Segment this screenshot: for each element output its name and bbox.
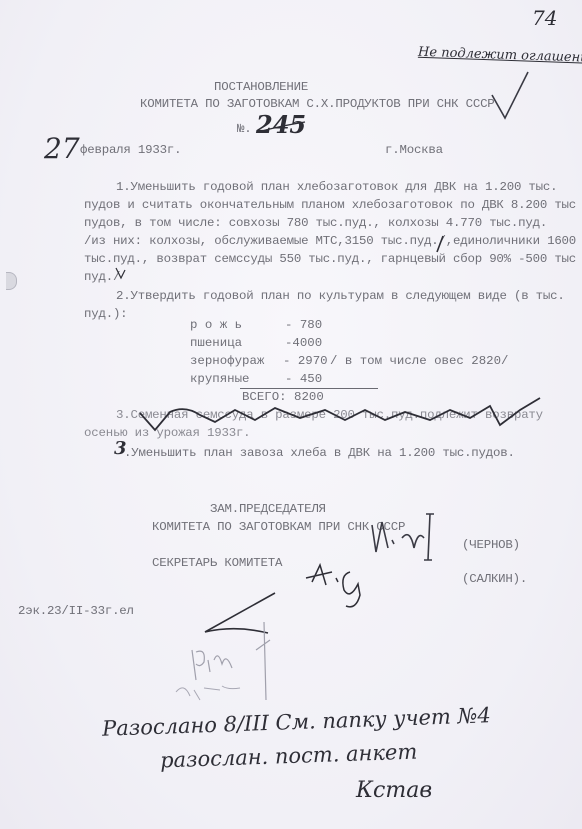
item1-line: 1.Уменьшить годовой план хлебозаготовок … [116,180,557,194]
number-prefix: №. [237,122,251,136]
item1-line: /из них: колхозы, обслуживаемые МТС,3150… [84,234,576,248]
distribution-note: Разослано 8/III См. папку учет №4 [102,703,491,741]
faint-signature [192,622,270,700]
deputy-title: ЗАМ.ПРЕДСЕДАТЕЛЯ [210,502,326,516]
committee-name: КОМИТЕТА ПО ЗАГОТОВКАМ С.Х.ПРОДУКТОВ ПРИ… [140,97,495,111]
culture-value: - 450 [285,372,322,386]
item1-line: пудов и считать окончательным планом хле… [84,198,576,212]
culture-value: - 780 [285,318,322,332]
item1-line: пудов, в том числе: совхозы 780 тыс.пуд.… [84,216,547,230]
total-rule [240,388,378,389]
item1-line: тыс.пуд., возврат семссуды 550 тыс.пуд.,… [84,252,576,266]
date-month-year: февраля 1933г. [80,143,181,157]
item1-line: пуд./ [84,270,120,284]
typist-mark: 2эк.23/II-33г.ел [18,604,134,618]
secretary-name: (САЛКИН). [462,572,527,586]
struck-item-line: 3.Семенная семссуда в размере 200 тыс.пу… [116,408,543,422]
item2-line: 2.Утвердить годовой план по культурам в … [116,289,565,303]
document-page: 74 Не подлежит оглашению. ПОСТАНОВЛЕНИЕ … [0,0,582,829]
punch-hole [6,272,17,290]
deputy-committee: КОМИТЕТА ПО ЗАГОТОВКАМ ПРИ СНК СССР [152,520,405,534]
deputy-name: (ЧЕРНОВ) [462,538,520,552]
sheet-number: 74 [532,6,557,30]
date-day: 27 [44,132,80,165]
culture-name: р о ж ь [190,318,242,332]
secretary-title: СЕКРЕТАРЬ КОМИТЕТА [152,556,282,570]
clerk-signature: Кстав [356,778,432,803]
culture-name: крупяные [190,372,250,386]
place: г.Москва [385,143,443,157]
distribution-note-2: разослан. пост. анкет [160,740,418,773]
culture-value: - 2970 [283,354,328,368]
document-title: ПОСТАНОВЛЕНИЕ [214,80,308,94]
item2-line: пуд.): [84,307,127,321]
total: ВСЕГО: 8200 [242,390,324,404]
confidentiality-stamp: Не подлежит оглашению. [418,45,582,66]
checkmark-icon [492,72,528,118]
culture-value: -4000 [285,336,322,350]
struck-item-line: осенью из урожая 1933г. [84,426,250,440]
secretary-signature [306,565,360,607]
culture-note: / в том числе овес 2820/ [330,354,508,368]
culture-name: пшеница [190,336,242,350]
decree-number: 245 [256,110,306,139]
item3-text: .Уменьшить план завоза хлеба в ДВК на 1.… [124,446,515,460]
culture-name: зернофураж [190,354,264,368]
